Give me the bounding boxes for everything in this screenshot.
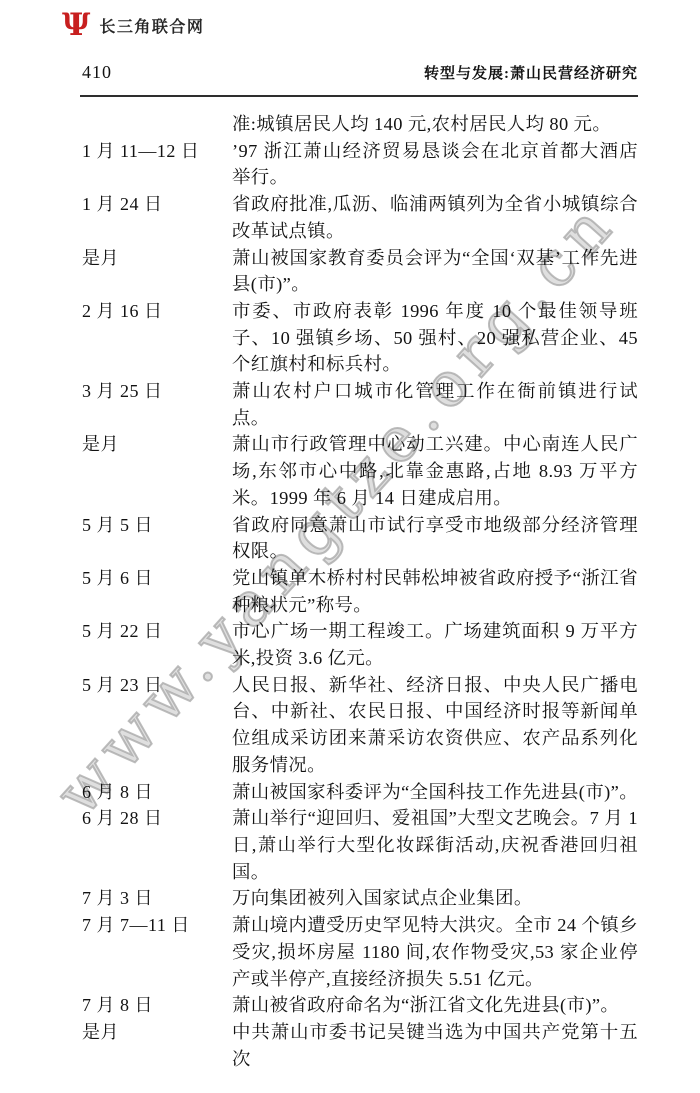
page-number: 410 bbox=[82, 62, 112, 83]
chronology-entry: 是月 萧山市行政管理中心动工兴建。中心南连人民广场,东邻市心中路,北靠金惠路,占… bbox=[82, 431, 638, 511]
chronology-entry: 是月 中共萧山市委书记吴键当选为中国共产党第十五次 bbox=[82, 1019, 638, 1072]
entry-date: 5 月 22 日 bbox=[82, 618, 232, 645]
entry-text: 萧山举行“迎回归、爱祖国”大型文艺晚会。7 月 1 日,萧山举行大型化妆踩街活动… bbox=[232, 805, 638, 885]
chronology-entry: 7 月 8 日 萧山被省政府命名为“浙江省文化先进县(市)”。 bbox=[82, 992, 638, 1019]
entry-text: 市委、市政府表彰 1996 年度 10 个最佳领导班子、10 强镇乡场、50 强… bbox=[232, 298, 638, 378]
entry-text: 中共萧山市委书记吴键当选为中国共产党第十五次 bbox=[232, 1019, 638, 1072]
chronology-entry: 6 月 8 日 萧山被国家科委评为“全国科技工作先进县(市)”。 bbox=[82, 779, 638, 806]
chronology-list: 准:城镇居民人均 140 元,农村居民人均 80 元。 1 月 11—12 日 … bbox=[82, 111, 638, 1072]
entry-text: 省政府同意萧山市试行享受市地级部分经济管理权限。 bbox=[232, 512, 638, 565]
entry-date: 2 月 16 日 bbox=[82, 298, 232, 325]
entry-date: 1 月 11—12 日 bbox=[82, 138, 232, 165]
header-divider bbox=[80, 95, 638, 97]
entry-text: 萧山被国家科委评为“全国科技工作先进县(市)”。 bbox=[232, 779, 638, 806]
entry-text: 萧山被国家教育委员会评为“全国‘双基’工作先进县(市)”。 bbox=[232, 245, 638, 298]
entry-text: 人民日报、新华社、经济日报、中央人民广播电台、中新社、农民日报、中国经济时报等新… bbox=[232, 672, 638, 779]
chronology-entry: 5 月 6 日 党山镇单木桥村村民韩松坤被省政府授予“浙江省种粮状元”称号。 bbox=[82, 565, 638, 618]
chronology-entry: 是月 萧山被国家教育委员会评为“全国‘双基’工作先进县(市)”。 bbox=[82, 245, 638, 298]
scanned-book-page: Ψ 长三角联合网 www.yangtze.org.cn 410 转型与发展:萧山… bbox=[0, 0, 700, 1093]
entry-text: 万向集团被列入国家试点企业集团。 bbox=[232, 885, 638, 912]
entry-date: 5 月 6 日 bbox=[82, 565, 232, 592]
entry-date: 7 月 8 日 bbox=[82, 992, 232, 1019]
entry-date: 是月 bbox=[82, 1019, 232, 1046]
entry-date: 5 月 5 日 bbox=[82, 512, 232, 539]
chronology-entry: 5 月 22 日 市心广场一期工程竣工。广场建筑面积 9 万平方米,投资 3.6… bbox=[82, 618, 638, 671]
yangtze-delta-logo-icon: Ψ bbox=[62, 10, 90, 40]
chronology-entry: 7 月 3 日 万向集团被列入国家试点企业集团。 bbox=[82, 885, 638, 912]
entry-date: 5 月 23 日 bbox=[82, 672, 232, 699]
page-head: 410 转型与发展:萧山民营经济研究 bbox=[82, 62, 638, 83]
continuation-line: 准:城镇居民人均 140 元,农村居民人均 80 元。 bbox=[232, 111, 638, 138]
chronology-entry: 1 月 11—12 日 ’97 浙江萧山经济贸易恳谈会在北京首都大酒店举行。 bbox=[82, 138, 638, 191]
entry-date: 7 月 3 日 bbox=[82, 885, 232, 912]
chronology-entry: 5 月 23 日 人民日报、新华社、经济日报、中央人民广播电台、中新社、农民日报… bbox=[82, 672, 638, 779]
chronology-entry: 2 月 16 日 市委、市政府表彰 1996 年度 10 个最佳领导班子、10 … bbox=[82, 298, 638, 378]
site-name: 长三角联合网 bbox=[99, 14, 204, 37]
entry-text: ’97 浙江萧山经济贸易恳谈会在北京首都大酒店举行。 bbox=[232, 138, 638, 191]
entry-date: 7 月 7—11 日 bbox=[82, 912, 232, 939]
entry-text: 市心广场一期工程竣工。广场建筑面积 9 万平方米,投资 3.6 亿元。 bbox=[232, 618, 638, 671]
entry-text: 萧山农村户口城市化管理工作在衙前镇进行试点。 bbox=[232, 378, 638, 431]
entry-date: 6 月 28 日 bbox=[82, 805, 232, 832]
entry-text: 萧山被省政府命名为“浙江省文化先进县(市)”。 bbox=[232, 992, 638, 1019]
chronology-entry-continuation: 准:城镇居民人均 140 元,农村居民人均 80 元。 bbox=[82, 111, 638, 138]
chronology-entry: 6 月 28 日 萧山举行“迎回归、爱祖国”大型文艺晚会。7 月 1 日,萧山举… bbox=[82, 805, 638, 885]
running-title: 转型与发展:萧山民营经济研究 bbox=[424, 62, 638, 83]
entry-date: 是月 bbox=[82, 245, 232, 272]
entry-text: 省政府批准,瓜沥、临浦两镇列为全省小城镇综合改革试点镇。 bbox=[232, 191, 638, 244]
entry-date: 1 月 24 日 bbox=[82, 191, 232, 218]
chronology-entry: 7 月 7—11 日 萧山境内遭受历史罕见特大洪灾。全市 24 个镇乡受灾,损坏… bbox=[82, 912, 638, 992]
entry-date: 6 月 8 日 bbox=[82, 779, 232, 806]
entry-text: 党山镇单木桥村村民韩松坤被省政府授予“浙江省种粮状元”称号。 bbox=[232, 565, 638, 618]
entry-text: 萧山境内遭受历史罕见特大洪灾。全市 24 个镇乡受灾,损坏房屋 1180 间,农… bbox=[232, 912, 638, 992]
site-branding: Ψ 长三角联合网 bbox=[62, 10, 204, 40]
chronology-entry: 1 月 24 日 省政府批准,瓜沥、临浦两镇列为全省小城镇综合改革试点镇。 bbox=[82, 191, 638, 244]
entry-date: 3 月 25 日 bbox=[82, 378, 232, 405]
entry-text: 萧山市行政管理中心动工兴建。中心南连人民广场,东邻市心中路,北靠金惠路,占地 8… bbox=[232, 431, 638, 511]
chronology-entry: 3 月 25 日 萧山农村户口城市化管理工作在衙前镇进行试点。 bbox=[82, 378, 638, 431]
chronology-entry: 5 月 5 日 省政府同意萧山市试行享受市地级部分经济管理权限。 bbox=[82, 512, 638, 565]
entry-date: 是月 bbox=[82, 431, 232, 458]
